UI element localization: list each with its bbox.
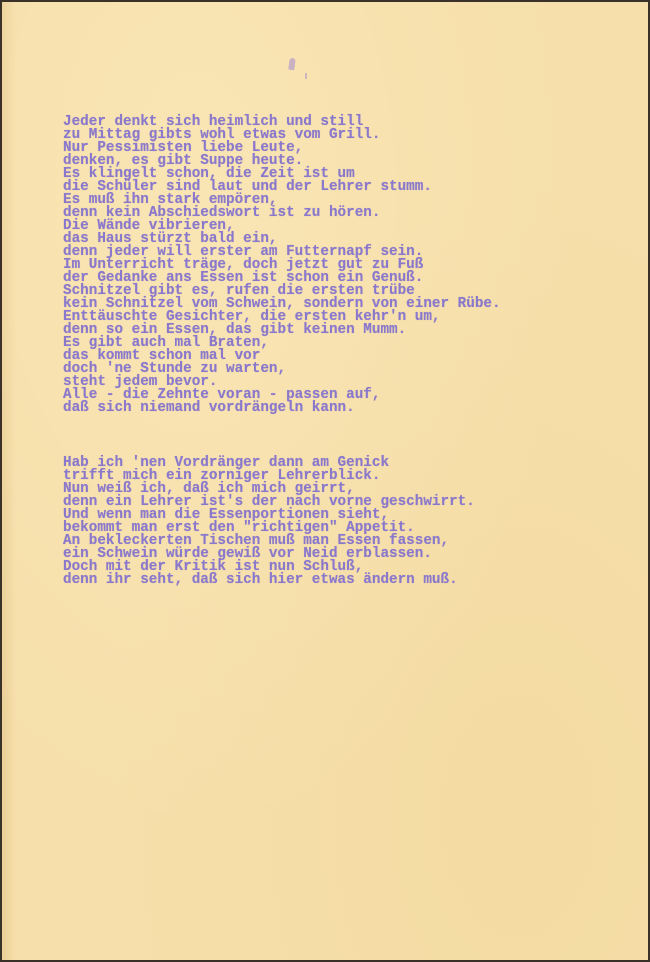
paper-page: Jeder denkt sich heimlich und stillzu Mi… [2,2,648,960]
ink-mark [305,73,307,79]
poem-stanza-1: Jeder denkt sich heimlich und stillzu Mi… [63,116,501,415]
poem-stanza-2: Hab ich 'nen Vordränger dann am Genicktr… [63,457,475,587]
ink-mark [288,58,296,71]
poem-line: daß sich niemand vordrängeln kann. [63,402,501,415]
poem-line: denn ihr seht, daß sich hier etwas änder… [63,574,475,587]
